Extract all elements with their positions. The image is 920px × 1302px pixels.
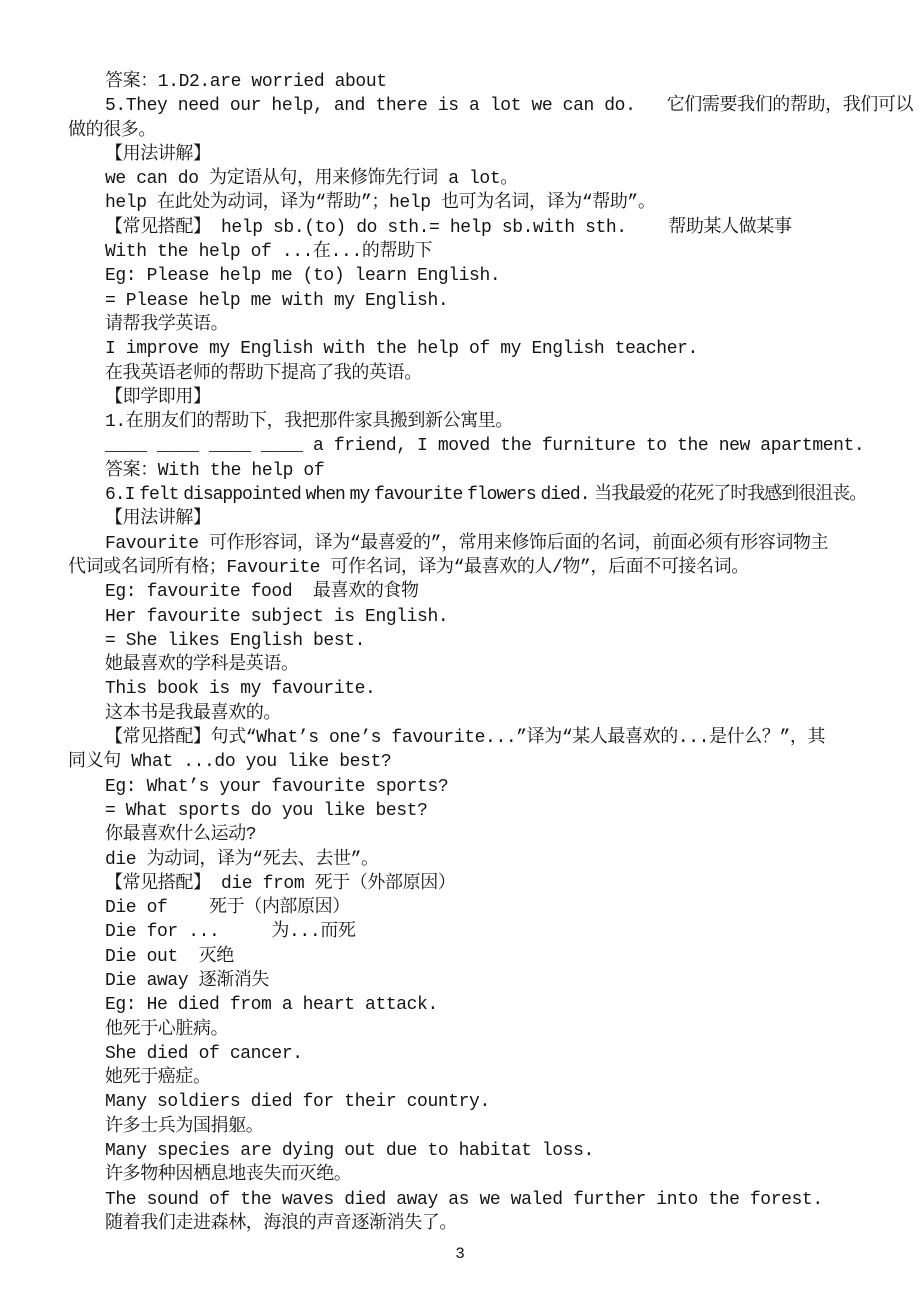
text-line: 这本书是我最喜欢的。	[68, 702, 898, 726]
text-line: Eg: Please help me (to) learn English.	[68, 264, 898, 288]
text-line: Her favourite subject is English.	[68, 605, 898, 629]
text-line: 【常见搭配】 help sb.(to) do sth.= help sb.wit…	[68, 216, 898, 240]
text-line: 代词或名词所有格；Favourite 可作名词，译为“最喜欢的人/物”，后面不可…	[68, 556, 898, 580]
text-line: I improve my English with the help of my…	[68, 337, 898, 361]
text-line: 许多物种因栖息地丧失而灭绝。	[68, 1163, 898, 1187]
text-line: 答案：With the help of	[68, 459, 898, 483]
text-line: The sound of the waves died away as we w…	[68, 1188, 898, 1212]
text-line: we can do 为定语从句，用来修饰先行词 a lot。	[68, 167, 898, 191]
text-line: Many species are dying out due to habita…	[68, 1139, 898, 1163]
document-body: 答案：1.D2.are worried about5.They need our…	[68, 70, 898, 1236]
text-line: die 为动词，译为“死去、去世”。	[68, 848, 898, 872]
text-line: Die for ... 为...而死	[68, 920, 898, 944]
text-line: = Please help me with my English.	[68, 289, 898, 313]
text-line: With the help of ...在...的帮助下	[68, 240, 898, 264]
text-line: 她死于癌症。	[68, 1066, 898, 1090]
text-line: Eg: He died from a heart attack.	[68, 993, 898, 1017]
text-line: 你最喜欢什么运动?	[68, 823, 898, 847]
text-line: 做的很多。	[68, 119, 898, 143]
text-line: Die out 灭绝	[68, 945, 898, 969]
text-line: Eg: What’s your favourite sports?	[68, 775, 898, 799]
text-line: 他死于心脏病。	[68, 1018, 898, 1042]
text-line: = She likes English best.	[68, 629, 898, 653]
text-line: Favourite 可作形容词，译为“最喜爱的”，常用来修饰后面的名词，前面必须…	[68, 532, 898, 556]
text-line: 【常见搭配】句式“What’s one’s favourite...”译为“某人…	[68, 726, 898, 750]
text-line: Die away 逐渐消失	[68, 969, 898, 993]
text-line: 许多士兵为国捐躯。	[68, 1115, 898, 1139]
text-line: She died of cancer.	[68, 1042, 898, 1066]
text-line: 同义句 What ...do you like best?	[68, 750, 898, 774]
text-line: Die of 死于（内部原因）	[68, 896, 898, 920]
text-line: 1.在朋友们的帮助下，我把那件家具搬到新公寓里。	[68, 410, 898, 434]
text-line: 【即学即用】	[68, 386, 898, 410]
text-line: Many soldiers died for their country.	[68, 1090, 898, 1114]
text-line: 她最喜欢的学科是英语。	[68, 653, 898, 677]
text-line: This book is my favourite.	[68, 677, 898, 701]
page-number: 3	[0, 1244, 920, 1264]
text-line: 【用法讲解】	[68, 143, 898, 167]
text-line: help 在此处为动词，译为“帮助”；help 也可为名词，译为“帮助”。	[68, 191, 898, 215]
text-line: 6.I felt disappointed when my favourite …	[68, 483, 898, 507]
document-page: 答案：1.D2.are worried about5.They need our…	[0, 0, 920, 1302]
text-line: Eg: favourite food 最喜欢的食物	[68, 580, 898, 604]
text-line: 请帮我学英语。	[68, 313, 898, 337]
text-line: 【用法讲解】	[68, 507, 898, 531]
text-line: 随着我们走进森林，海浪的声音逐渐消失了。	[68, 1212, 898, 1236]
text-line: = What sports do you like best?	[68, 799, 898, 823]
text-line: 【常见搭配】 die from 死于（外部原因）	[68, 872, 898, 896]
text-line: 5.They need our help, and there is a lot…	[68, 94, 898, 118]
text-line: 在我英语老师的帮助下提高了我的英语。	[68, 362, 898, 386]
text-line: ____ ____ ____ ____ a friend, I moved th…	[68, 434, 898, 458]
text-line: 答案：1.D2.are worried about	[68, 70, 898, 94]
